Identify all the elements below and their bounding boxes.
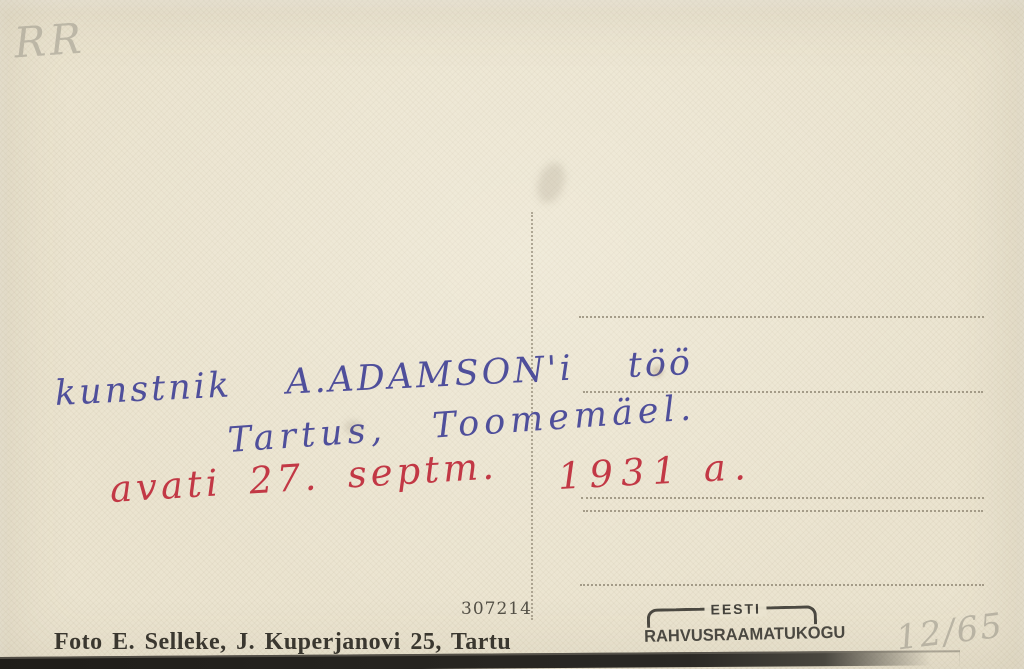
- pencil-annotation-top-left: RR: [12, 14, 86, 68]
- address-dotted-line-3: [581, 497, 984, 499]
- address-dotted-line-5: [580, 584, 984, 586]
- paper-smudge: [532, 159, 570, 207]
- postcard-back-scan: RR kunstnik A.ADAMSON'i töö Tartus, Toom…: [0, 0, 1024, 669]
- negative-number: 307214: [461, 599, 532, 619]
- library-stamp: EESTI RAHVUSRAAMATUKOGU: [644, 598, 829, 646]
- address-dotted-line-1: [579, 316, 984, 318]
- library-stamp-name: RAHVUSRAAMATUKOGU: [644, 623, 829, 647]
- handwritten-line-date-year: 1931 a.: [557, 445, 755, 498]
- photographer-credit: Foto E. Selleke, J. Kuperjanovi 25, Tart…: [54, 629, 511, 656]
- library-stamp-country: EESTI: [704, 600, 767, 617]
- address-dotted-line-4: [583, 510, 983, 512]
